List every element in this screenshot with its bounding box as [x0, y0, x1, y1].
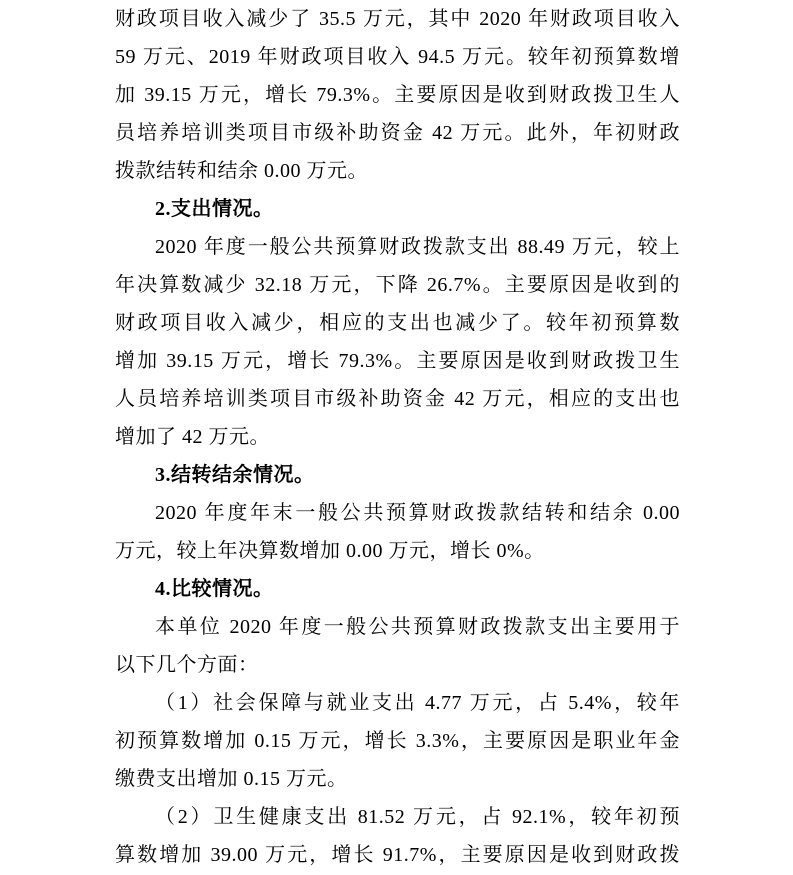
text-line: 财政项目收入减少了 35.5 万元，其中 2020 年财政项目收入	[115, 0, 680, 38]
text-line: 拨款结转和结余 0.00 万元。	[115, 152, 680, 190]
paragraph: 2020 年度年末一般公共预算财政拨款结转和结余 0.00万元，较上年决算数增加…	[115, 494, 680, 570]
text-line: 2020 年度年末一般公共预算财政拨款结转和结余 0.00	[115, 494, 680, 532]
text-line: 以下几个方面：	[115, 646, 680, 684]
text-line: 3.结转结余情况。	[115, 456, 680, 494]
text-line: （1）社会保障与就业支出 4.77 万元，占 5.4%，较年	[115, 684, 680, 722]
text-line: 万元，较上年决算数增加 0.00 万元，增长 0%。	[115, 532, 680, 570]
text-line: 财政项目收入减少，相应的支出也减少了。较年初预算数	[115, 304, 680, 342]
text-line: 加 39.15 万元，增长 79.3%。主要原因是收到财政拨卫生人	[115, 76, 680, 114]
paragraph: 财政项目收入减少了 35.5 万元，其中 2020 年财政项目收入59 万元、2…	[115, 0, 680, 190]
text-line: 增加了 42 万元。	[115, 418, 680, 456]
text-line: 缴费支出增加 0.15 万元。	[115, 760, 680, 798]
text-line: 本单位 2020 年度一般公共预算财政拨款支出主要用于	[115, 608, 680, 646]
text-line: 2.支出情况。	[115, 190, 680, 228]
paragraph: （1）社会保障与就业支出 4.77 万元，占 5.4%，较年初预算数增加 0.1…	[115, 684, 680, 798]
text-line: 4.比较情况。	[115, 570, 680, 608]
section-heading: 2.支出情况。	[115, 190, 680, 228]
document-page: 财政项目收入减少了 35.5 万元，其中 2020 年财政项目收入59 万元、2…	[0, 0, 793, 875]
text-line: 59 万元、2019 年财政项目收入 94.5 万元。较年初预算数增	[115, 38, 680, 76]
section-heading: 4.比较情况。	[115, 570, 680, 608]
text-line: 员培养培训类项目市级补助资金 42 万元。此外，年初财政	[115, 114, 680, 152]
text-line: 算数增加 39.00 万元，增长 91.7%，主要原因是收到财政拨	[115, 836, 680, 874]
paragraph: （2）卫生健康支出 81.52 万元，占 92.1%，较年初预算数增加 39.0…	[115, 798, 680, 874]
section-heading: 3.结转结余情况。	[115, 456, 680, 494]
document-body: 财政项目收入减少了 35.5 万元，其中 2020 年财政项目收入59 万元、2…	[115, 0, 680, 874]
text-line: 初预算数增加 0.15 万元，增长 3.3%，主要原因是职业年金	[115, 722, 680, 760]
text-line: 年决算数减少 32.18 万元，下降 26.7%。主要原因是收到的	[115, 266, 680, 304]
paragraph: 2020 年度一般公共预算财政拨款支出 88.49 万元，较上年决算数减少 32…	[115, 228, 680, 456]
text-line: 2020 年度一般公共预算财政拨款支出 88.49 万元，较上	[115, 228, 680, 266]
text-line: 增加 39.15 万元，增长 79.3%。主要原因是收到财政拨卫生	[115, 342, 680, 380]
text-line: （2）卫生健康支出 81.52 万元，占 92.1%，较年初预	[115, 798, 680, 836]
text-line: 人员培养培训类项目市级补助资金 42 万元，相应的支出也	[115, 380, 680, 418]
paragraph: 本单位 2020 年度一般公共预算财政拨款支出主要用于以下几个方面：	[115, 608, 680, 684]
